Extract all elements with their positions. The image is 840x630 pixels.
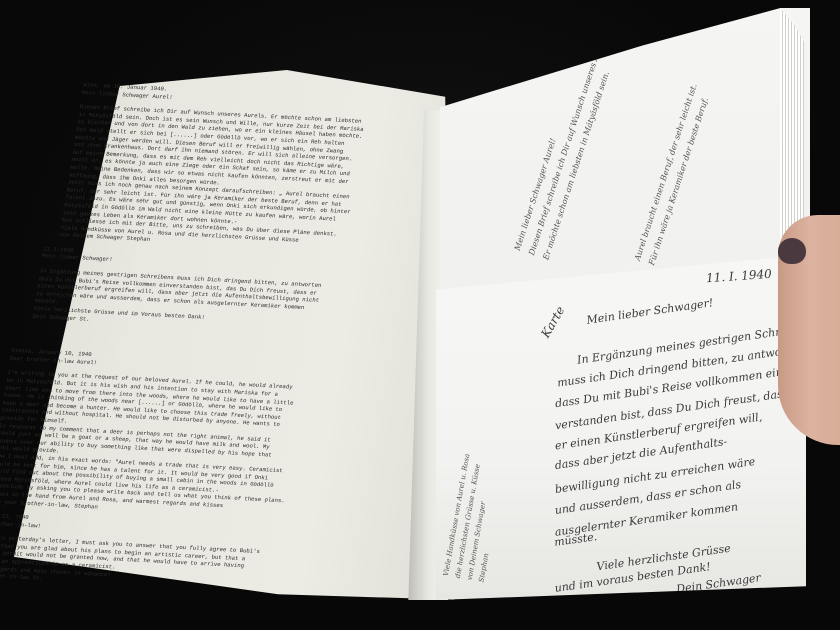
photo-scene: Wien, am 10. Januar 1940. Mein lieber Sc… [0,0,840,630]
fingernail [778,238,806,264]
margin-note: Karte [538,304,567,340]
side-handwriting-column: Viele Handküsse von Aurel u. Rosa die he… [440,453,509,584]
handwritten-salutation: Mein lieber Schwager! [586,296,714,327]
handwritten-line: Diesen Brief schreibe ich Dir auf Wunsch… [524,31,610,257]
table-shadow [0,600,840,630]
right-page-handwritten-letter: 11. I. 1940 Karte Mein lieber Schwager! … [436,255,806,600]
letter-3-body: I'm writing to you at the request of our… [0,367,386,524]
upper-handwriting-column: Mein lieber Schwager Aurel! Diesen Brief… [510,26,625,262]
upper-handwriting-column-2: Aurel braucht einen Beruf, der sehr leic… [630,82,716,268]
letter-1-body: Diesen Brief schreibe ich Dir auf Wunsch… [0,100,428,257]
handwritten-date: 11. I. 1940 [706,267,773,286]
